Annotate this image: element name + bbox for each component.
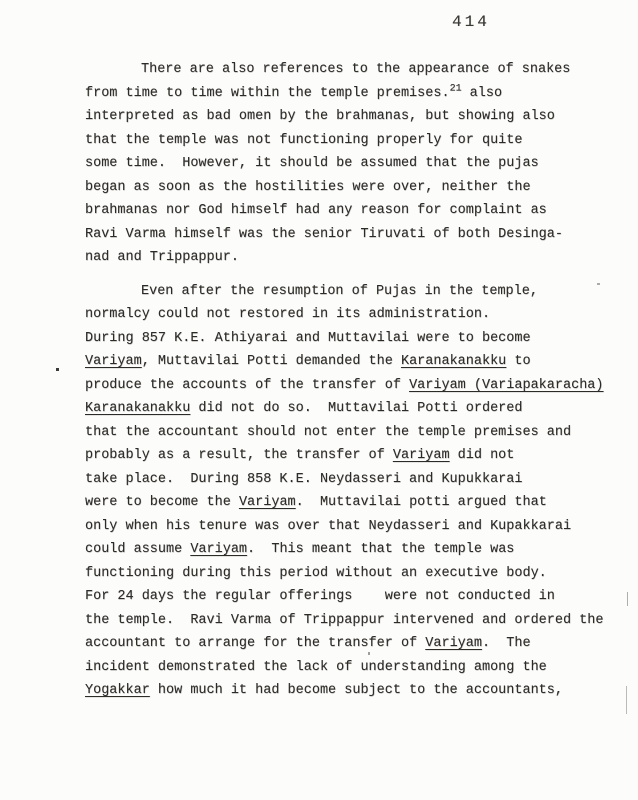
text-line: During 857 K.E. Athiyarai and Muttavilai… (85, 327, 633, 351)
text-segment: only when his tenure was over that Neyda… (85, 519, 571, 534)
underlined-term: Karanakanakku (401, 354, 506, 369)
text-segment: interpreted as bad omen by the brahmanas… (85, 109, 555, 124)
text-line: interpreted as bad omen by the brahmanas… (85, 105, 633, 129)
text-line: brahmanas nor God himself had any reason… (85, 199, 633, 223)
paragraph-variyam-transfer: Even after the resumption of Pujas in th… (85, 280, 633, 703)
text-segment: also (462, 86, 503, 101)
text-line: began as soon as the hostilities were ov… (85, 176, 633, 200)
text-line: produce the accounts of the transfer of … (85, 374, 633, 398)
text-segment: . Muttavilai potti argued that (296, 495, 547, 510)
text-line: nad and Trippappur. (85, 246, 633, 270)
underlined-term: Variyam (85, 354, 142, 369)
underlined-term: Yogakkar (85, 683, 150, 698)
underlined-term: Variyam (239, 495, 296, 510)
text-segment: produce the accounts of the transfer of (85, 378, 409, 393)
text-segment: brahmanas nor God himself had any reason… (85, 203, 547, 218)
text-line: from time to time within the temple prem… (85, 82, 633, 106)
text-segment: nad and Trippappur. (85, 250, 239, 265)
text-line: some time. However, it should be assumed… (85, 152, 633, 176)
text-line: that the temple was not functioning prop… (85, 129, 633, 153)
text-line: Yogakkar how much it had become subject … (85, 679, 633, 703)
text-segment: from time to time within the temple prem… (85, 86, 450, 101)
scan-smudge (597, 283, 600, 285)
text-segment: that the accountant should not enter the… (85, 425, 571, 440)
text-segment: could assume (85, 542, 190, 557)
text-line: incident demonstrated the lack of unders… (85, 656, 633, 680)
text-segment: how much it had become subject to the ac… (150, 683, 563, 698)
paragraph-snakes-omen: There are also references to the appeara… (85, 58, 633, 270)
text-segment: did not (450, 448, 515, 463)
text-segment: that the temple was not functioning prop… (85, 133, 522, 148)
underlined-term: Karanakanakku (85, 401, 190, 416)
text-line: accountant to arrange for the transfer o… (85, 632, 633, 656)
footnote-reference: 21 (450, 83, 462, 94)
text-segment: some time. However, it should be assumed… (85, 156, 539, 171)
text-line: only when his tenure was over that Neyda… (85, 515, 633, 539)
text-segment: Ravi Varma himself was the senior Tiruva… (85, 227, 563, 242)
text-segment: functioning during this period without a… (85, 566, 547, 581)
text-line: Karanakanakku did not do so. Muttavilai … (85, 397, 633, 421)
scan-speck (368, 652, 370, 655)
scanned-document-page: 414 There are also references to the app… (0, 0, 638, 800)
text-segment: . The (482, 636, 531, 651)
text-segment: the temple. Ravi Varma of Trippappur int… (85, 613, 603, 628)
page-number: 414 (452, 13, 490, 31)
text-segment: For 24 days the regular offerings were n… (85, 589, 555, 604)
text-segment: . This meant that the temple was (247, 542, 514, 557)
text-line: could assume Variyam. This meant that th… (85, 538, 633, 562)
text-line: take place. During 858 K.E. Neydasseri a… (85, 468, 633, 492)
text-line: For 24 days the regular offerings were n… (85, 585, 633, 609)
text-segment: to (506, 354, 530, 369)
text-segment: did not do so. Muttavilai Potti ordered (190, 401, 522, 416)
text-line: normalcy could not restored in its admin… (85, 303, 633, 327)
text-segment: probably as a result, the transfer of (85, 448, 393, 463)
text-line: Even after the resumption of Pujas in th… (85, 280, 633, 304)
text-segment: take place. During 858 K.E. Neydasseri a… (85, 472, 522, 487)
text-segment: incident demonstrated the lack of unders… (85, 660, 547, 675)
text-line: that the accountant should not enter the… (85, 421, 633, 445)
text-line: Ravi Varma himself was the senior Tiruva… (85, 223, 633, 247)
text-segment: began as soon as the hostilities were ov… (85, 180, 531, 195)
text-segment: During 857 K.E. Athiyarai and Muttavilai… (85, 331, 531, 346)
text-line: Variyam, Muttavilai Potti demanded the K… (85, 350, 633, 374)
document-body: There are also references to the appeara… (85, 58, 633, 703)
scan-edge-mark (626, 686, 627, 714)
text-line: probably as a result, the transfer of Va… (85, 444, 633, 468)
text-segment: accountant to arrange for the transfer o… (85, 636, 425, 651)
underlined-term: Variyam (Variapakaracha) (409, 378, 603, 393)
text-line: There are also references to the appeara… (85, 58, 633, 82)
underlined-term: Variyam (425, 636, 482, 651)
text-line: were to become the Variyam. Muttavilai p… (85, 491, 633, 515)
text-segment: There are also references to the appeara… (141, 62, 570, 77)
text-segment: normalcy could not restored in its admin… (85, 307, 490, 322)
scan-edge-mark (627, 592, 628, 606)
underlined-term: Variyam (393, 448, 450, 463)
underlined-term: Variyam (190, 542, 247, 557)
text-segment: were to become the (85, 495, 239, 510)
text-segment: Even after the resumption of Pujas in th… (141, 284, 538, 299)
text-line: functioning during this period without a… (85, 562, 633, 586)
text-segment: , Muttavilai Potti demanded the (142, 354, 401, 369)
scan-speck (56, 368, 59, 371)
text-line: the temple. Ravi Varma of Trippappur int… (85, 609, 633, 633)
